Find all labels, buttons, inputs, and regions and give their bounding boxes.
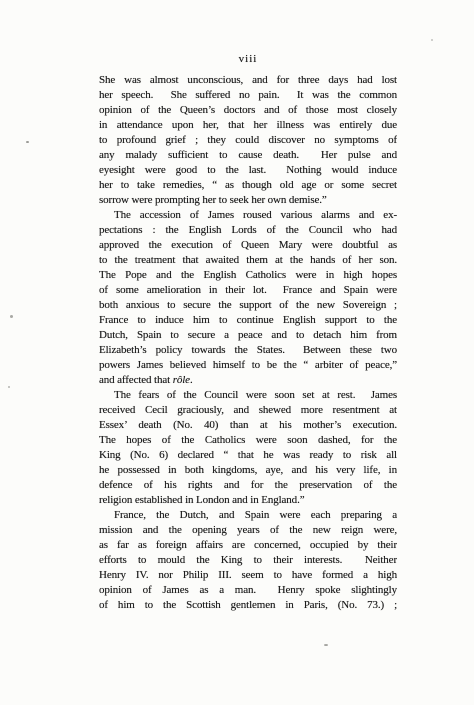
text-line: of some amelioration in their lot. Franc…: [99, 283, 397, 298]
scan-speck: [10, 315, 13, 318]
text-line: received Cecil graciously, and shewed mo…: [99, 403, 397, 418]
page-number: viii: [99, 52, 397, 67]
text-line: The hopes of the Catholics were soon das…: [99, 433, 397, 448]
text-line: any malady sufficient to cause death. He…: [99, 148, 397, 163]
text-line: France, the Dutch, and Spain were each p…: [99, 508, 397, 523]
text-line: sorrow were prompting her to seek her ow…: [99, 193, 397, 208]
text-line: her to take remedies, “ as though old ag…: [99, 178, 397, 193]
text-line: defence of his rights and for the preser…: [99, 478, 397, 493]
text-line: France to induce him to continue English…: [99, 313, 397, 328]
text-block: She was almost unconscious, and for thre…: [99, 73, 397, 613]
text-line: powers James believed himself to be the …: [99, 358, 397, 373]
text-line: and affected that rôle.: [99, 373, 397, 388]
text-line: Henry IV. nor Philip III. seem to have f…: [99, 568, 397, 583]
scan-speck: [8, 386, 10, 388]
text-line: in attendance upon her, that her illness…: [99, 118, 397, 133]
text-line: to profound grief ; they could discover …: [99, 133, 397, 148]
text-line: approved the execution of Queen Mary wer…: [99, 238, 397, 253]
text-line: opinion of the Queen’s doctors and of th…: [99, 103, 397, 118]
text-line: he possessed in both kingdoms, aye, and …: [99, 463, 397, 478]
text-line: opinion of James as a man. Henry spoke s…: [99, 583, 397, 598]
text-line: eyesight were good to the last. Nothing …: [99, 163, 397, 178]
scan-speck: [324, 644, 328, 646]
scan-speck: [431, 39, 433, 41]
text-line: religion established in London and in En…: [99, 493, 397, 508]
text-line: as far as foreign affairs are concerned,…: [99, 538, 397, 553]
text-line: She was almost unconscious, and for thre…: [99, 73, 397, 88]
paragraph: The accession of James roused various al…: [99, 208, 397, 388]
text-line: her speech. She suffered no pain. It was…: [99, 88, 397, 103]
text-line: mission and the opening years of the new…: [99, 523, 397, 538]
text-line: Dutch, Spain to secure a peace and to de…: [99, 328, 397, 343]
text-line: The accession of James roused various al…: [99, 208, 397, 223]
text-line: of him to the Scottish gentlemen in Pari…: [99, 598, 397, 613]
paragraph: She was almost unconscious, and for thre…: [99, 73, 397, 208]
text-line: Elizabeth’s policy towards the States. B…: [99, 343, 397, 358]
text-line: The Pope and the English Catholics were …: [99, 268, 397, 283]
text-line: pectations : the English Lords of the Co…: [99, 223, 397, 238]
text-line: King (No. 6) declared “ that he was read…: [99, 448, 397, 463]
text-line: efforts to mould the King to their inter…: [99, 553, 397, 568]
scan-speck: [26, 141, 29, 143]
paragraph: France, the Dutch, and Spain were each p…: [99, 508, 397, 613]
text-line: to the treatment that awaited them at th…: [99, 253, 397, 268]
text-line: both anxious to secure the support of th…: [99, 298, 397, 313]
text-line: Essex’ death (No. 40) than at his mother…: [99, 418, 397, 433]
paragraph: The fears of the Council were soon set a…: [99, 388, 397, 508]
book-page: viii She was almost unconscious, and for…: [0, 0, 474, 705]
text-line: The fears of the Council were soon set a…: [99, 388, 397, 403]
